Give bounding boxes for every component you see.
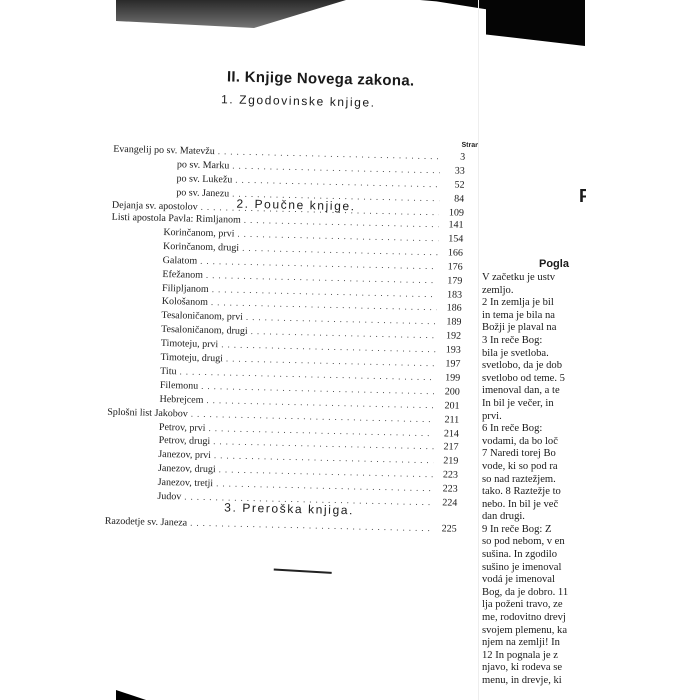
text-line: 9 In reče Bog: Z — [482, 524, 586, 537]
dot-leader: ........................................… — [190, 518, 432, 533]
toc-entry-label: Janezov, tretji — [158, 477, 214, 489]
text-line: 2 In zemlja je bil — [482, 297, 586, 310]
text-line: In bil je večer, in — [482, 398, 586, 411]
toc-entry-page: 199 — [438, 372, 460, 383]
text-line: sušina. In zgodilo — [482, 549, 586, 562]
text-line: me, rodovitno drevj — [482, 612, 586, 625]
toc-entry-page: 179 — [440, 275, 462, 286]
text-line: V začetku je ustv — [482, 272, 586, 285]
toc-entry-label: Filemonu — [160, 380, 199, 392]
text-line: svetlobo od teme. 5 — [482, 373, 586, 386]
toc-entry-label: po sv. Lukežu — [176, 173, 232, 185]
text-line: Bog, da je dobro. 11 — [482, 587, 586, 600]
toc-entry-page: 183 — [440, 289, 462, 300]
text-line: menu, in drevje, ki — [482, 675, 586, 688]
text-line: 12 In pognala je z — [482, 650, 586, 663]
toc-entry-page: 217 — [436, 442, 458, 453]
text-line: tako. 8 Raztežje to — [482, 486, 586, 499]
right-page-genesis-text: P Pogla V začetku je ustvzemljo.2 In zem… — [478, 0, 586, 700]
toc-entry-page: 193 — [439, 344, 461, 355]
toc-entry-page: 176 — [441, 261, 463, 272]
text-line: zemljo. — [482, 285, 586, 298]
toc-entry-page: 52 — [442, 179, 464, 190]
section-heading-historical: 1. Zgodovinske knjige. — [114, 90, 482, 112]
toc-entry-label: Korinčanom, drugi — [163, 241, 239, 254]
left-page-table-of-contents: II. Knjige Novega zakona. 1. Zgodovinske… — [101, 26, 484, 700]
book-title-initial: P — [579, 186, 586, 207]
text-line: dan drugi. — [482, 511, 586, 524]
toc-entry-label: Efežanom — [162, 269, 203, 281]
text-line: 7 Naredi torej Bo — [482, 448, 586, 461]
toc-entry-page: 200 — [438, 386, 460, 397]
text-line: nebo. In bil je več — [482, 499, 586, 512]
toc-entry-label: Kološanom — [162, 296, 208, 308]
dot-leader: ........................................… — [218, 146, 441, 161]
toc-entry-page: 211 — [437, 414, 459, 425]
text-line: prvi. — [482, 411, 586, 424]
toc-entry-page: 33 — [443, 165, 465, 176]
text-line: 3 In reče Bog: — [482, 335, 586, 348]
toc-entry-label: Filipljanom — [162, 282, 209, 294]
toc-section-prophetic: Razodetje sv. Janeza....................… — [116, 26, 484, 34]
text-line: njavo, ki rodeva se — [482, 662, 586, 675]
toc-entry: Razodetje sv. Janeza....................… — [105, 516, 457, 537]
text-line: 6 In reče Bog: — [482, 423, 586, 436]
toc-entry-page: 214 — [437, 428, 459, 439]
text-line: so pod nebom, v en — [482, 536, 586, 549]
toc-entry-label: Janezov, prvi — [158, 449, 211, 461]
text-line: in tema je bila na — [482, 310, 586, 323]
toc-entry-page: 186 — [440, 303, 462, 314]
chapter-title: Pogla — [539, 258, 569, 270]
toc-entry-label: Tesaloničanom, prvi — [161, 310, 243, 323]
toc-entry-page: 154 — [441, 233, 463, 244]
text-line: lja poženi travo, ze — [482, 599, 586, 612]
toc-entry-label: Evangelij po sv. Matevžu — [113, 144, 215, 157]
toc-entry-page: 141 — [441, 219, 463, 230]
toc-entry-label: Petrov, prvi — [159, 421, 206, 433]
toc-entry-label: Galatom — [163, 255, 198, 267]
text-line: so nad raztežjem. — [482, 474, 586, 487]
text-line: svojem plemenu, ka — [482, 625, 586, 638]
text-line: Božji je plaval na — [482, 322, 586, 335]
toc-entry-label: Listi apostola Pavla: Rimljanom — [112, 212, 241, 226]
toc-entry-label: Timoteju, drugi — [160, 352, 223, 364]
toc-entry-page: 189 — [439, 317, 461, 328]
toc-entry-label: Razodetje sv. Janeza — [105, 516, 188, 529]
text-line: vode, ki so pod ra — [482, 461, 586, 474]
text-line: svetlobo, da je dob — [482, 360, 586, 373]
toc-entry-page: 223 — [436, 469, 458, 480]
toc-entry-page: 3 — [443, 151, 465, 162]
text-line: vodami, da bo loč — [482, 436, 586, 449]
text-line: bila je svetloba. — [482, 348, 586, 361]
page-title: II. Knjige Novega zakona. — [227, 68, 415, 89]
toc-entry-page: 225 — [435, 523, 457, 534]
toc-entry-label: Petrov, drugi — [159, 435, 211, 447]
text-line: sušino je imenoval — [482, 562, 586, 575]
column-header-page: Stran — [461, 142, 479, 149]
toc-entry-label: Timoteju, prvi — [161, 338, 219, 350]
toc-entry-label: Korinčanom, prvi — [163, 227, 234, 240]
toc-entry-page: 166 — [441, 247, 463, 258]
toc-section-historical: Evangelij po sv. Matevžu................… — [116, 26, 484, 34]
body-text: V začetku je ustvzemljo.2 In zemlja je b… — [482, 272, 586, 688]
toc-section-didactic: Listi apostola Pavla: Rimljanom.........… — [116, 26, 484, 34]
text-line: vodá je imenoval — [482, 574, 586, 587]
toc-entry-page: 192 — [439, 330, 461, 341]
scan-shadow-top-left — [116, 0, 346, 28]
toc-entry-page: 197 — [438, 358, 460, 369]
text-line: imenoval dan, a te — [482, 385, 586, 398]
toc-entry-page: 223 — [436, 483, 458, 494]
toc-entry-label: po sv. Marku — [177, 159, 230, 171]
toc-entry-label: Titu — [160, 366, 177, 377]
closing-rule — [274, 569, 332, 574]
toc-entry-page: 219 — [436, 456, 458, 467]
toc-entry-page: 201 — [437, 400, 459, 411]
toc-entry-label: Tesaloničanom, drugi — [161, 324, 248, 337]
toc-entry-label: Hebrejcem — [159, 394, 203, 406]
toc-entry-label: Janezov, drugi — [158, 463, 216, 475]
toc-entry-label: Splošni list Jakobov — [107, 406, 188, 419]
text-line: njem na zemlji! In — [482, 637, 586, 650]
